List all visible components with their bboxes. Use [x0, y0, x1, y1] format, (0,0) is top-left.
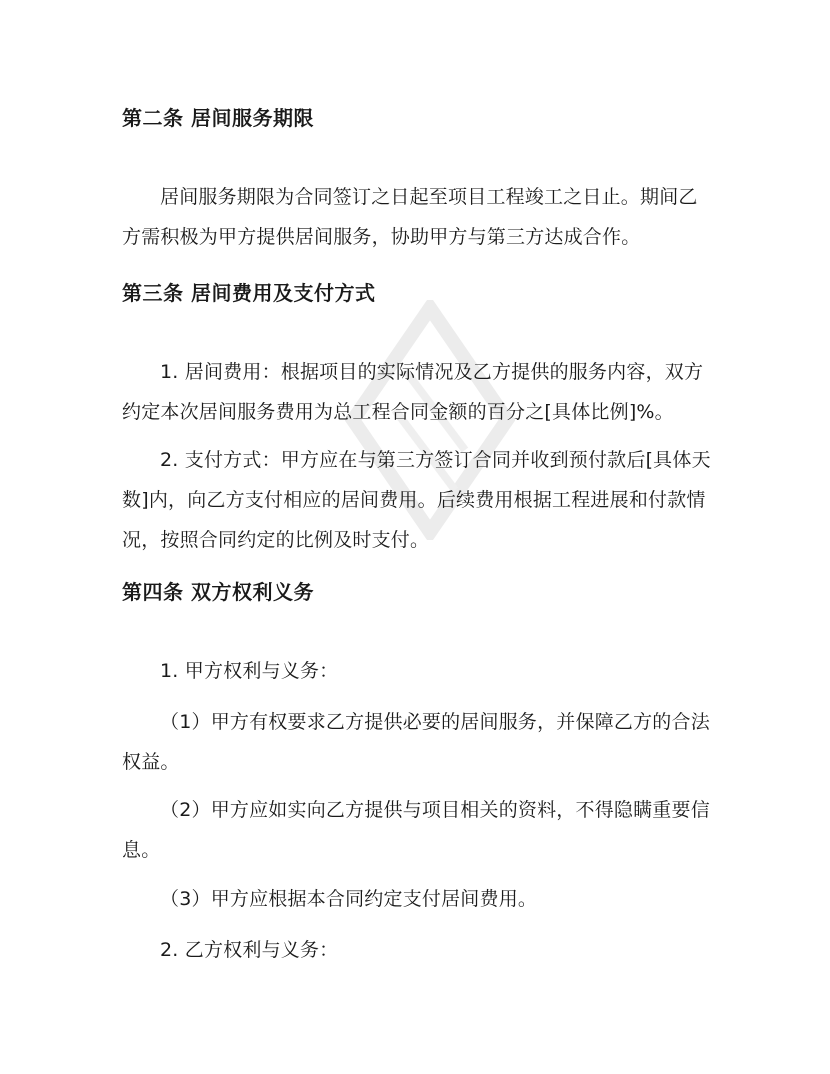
document-page: 第二条 居间服务期限 居间服务期限为合同签订之日起至项目工程竣工之日止。期间乙方…: [0, 0, 830, 1074]
section-heading: 第三条 居间费用及支付方式: [122, 273, 712, 313]
paragraph: （2）甲方应如实向乙方提供与项目相关的资料，不得隐瞒重要信息。: [122, 790, 712, 870]
paragraph: 1. 居间费用：根据项目的实际情况及乙方提供的服务内容，双方约定本次居间服务费用…: [122, 352, 712, 432]
paragraph: 1. 甲方权利与义务：: [122, 651, 712, 691]
paragraph: 2. 乙方权利与义务：: [122, 930, 712, 970]
paragraph: （3）甲方应根据本合同约定支付居间费用。: [122, 879, 712, 919]
section-heading: 第四条 双方权利义务: [122, 572, 712, 612]
section-heading: 第二条 居间服务期限: [122, 98, 712, 138]
paragraph: 2. 支付方式：甲方应在与第三方签订合同并收到预付款后[具体天数]内，向乙方支付…: [122, 440, 712, 560]
paragraph: （1）甲方有权要求乙方提供必要的居间服务，并保障乙方的合法权益。: [122, 702, 712, 782]
paragraph: 居间服务期限为合同签订之日起至项目工程竣工之日止。期间乙方需积极为甲方提供居间服…: [122, 177, 712, 257]
